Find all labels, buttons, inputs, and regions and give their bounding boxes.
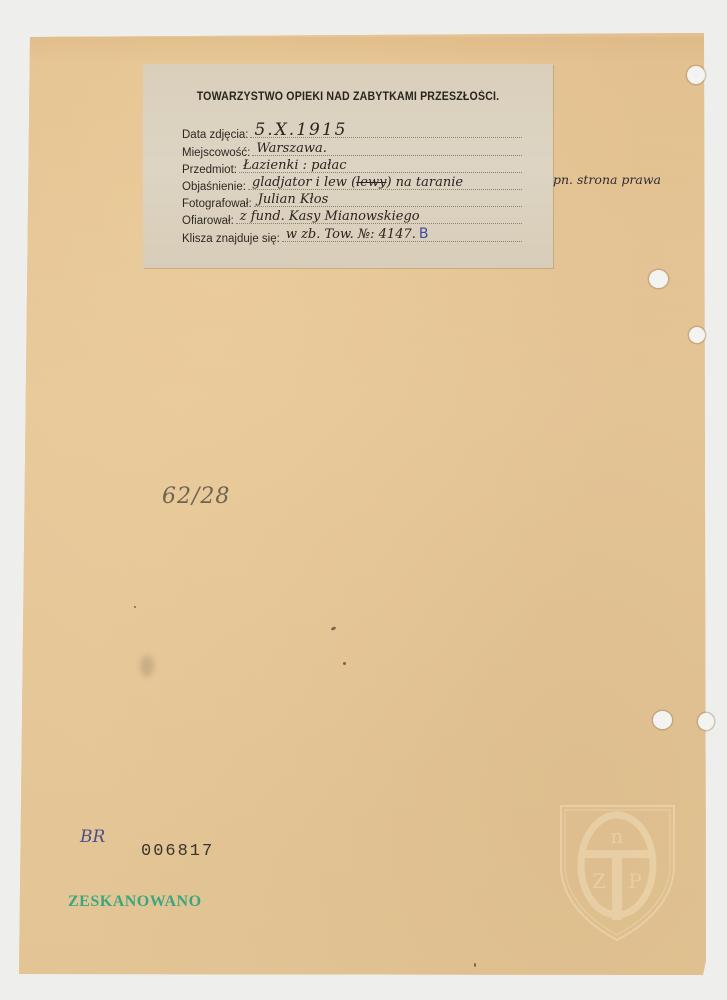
field-label: Ofiarował: xyxy=(182,215,236,227)
field-negative: Klisza znajduje się: w zb. Tow. №: 4147.… xyxy=(182,229,522,245)
svg-text:n: n xyxy=(611,824,624,848)
field-photographer: Fotografował: Julian Kłos xyxy=(182,194,522,210)
svg-text:P: P xyxy=(628,869,641,893)
shelf-number: 62/28 xyxy=(162,484,230,509)
archive-card: TOWARZYSTWO OPIEKI NAD ZABYTKAMI PRZESZŁ… xyxy=(0,0,727,1000)
struck-text: lewy xyxy=(356,175,386,190)
blue-letter: B xyxy=(419,226,429,242)
punch-hole xyxy=(689,327,705,343)
description-continuation: pn. strona prawa xyxy=(553,172,661,187)
punch-hole xyxy=(653,711,672,729)
field-value: Warszawa. xyxy=(256,141,326,156)
label-title: TOWARZYSTWO OPIEKI NAD ZABYTKAMI PRZESZŁ… xyxy=(159,91,536,103)
society-monogram-watermark-icon: n Z P xyxy=(555,800,680,945)
field-subject: Przedmiot: Łazienki : pałac xyxy=(182,160,522,176)
initials: BR xyxy=(80,827,105,847)
stain xyxy=(140,655,154,677)
field-label: Objaśnienie: xyxy=(182,181,248,193)
field-label: Klisza znajduje się: xyxy=(182,233,282,245)
speck xyxy=(134,606,136,608)
card-top-strip xyxy=(30,37,704,63)
scanned-stamp: ZESKANOWANO xyxy=(68,893,202,911)
field-label: Przedmiot: xyxy=(182,164,239,176)
punch-hole xyxy=(698,713,714,730)
society-label: TOWARZYSTWO OPIEKI NAD ZABYTKAMI PRZESZŁ… xyxy=(143,64,553,268)
speck xyxy=(474,963,476,967)
field-value: gladjator i lew (lewy) na taranie xyxy=(252,175,463,190)
field-label: Data zdjęcia: xyxy=(182,129,250,141)
speck xyxy=(343,662,346,665)
field-date: Data zdjęcia: 5.X.1915 xyxy=(182,125,522,141)
svg-text:Z: Z xyxy=(592,869,606,893)
field-value: Łazienki : pałac xyxy=(243,158,347,173)
punch-hole xyxy=(649,270,668,288)
speck xyxy=(331,626,337,631)
field-value: w zb. Tow. №: 4147.B xyxy=(286,226,429,242)
field-description: Objaśnienie: gladjator i lew (lewy) na t… xyxy=(182,177,522,193)
punch-hole xyxy=(687,66,705,84)
field-value: Julian Kłos xyxy=(258,192,329,207)
field-value: 5.X.1915 xyxy=(254,120,347,140)
field-label: Miejscowość: xyxy=(182,147,252,159)
field-donor: Ofiarował: z fund. Kasy Mianowskiego xyxy=(182,211,522,227)
field-value: z fund. Kasy Mianowskiego xyxy=(240,209,420,224)
inventory-number: 006817 xyxy=(141,842,214,861)
field-place: Miejscowość: Warszawa. xyxy=(182,143,522,159)
